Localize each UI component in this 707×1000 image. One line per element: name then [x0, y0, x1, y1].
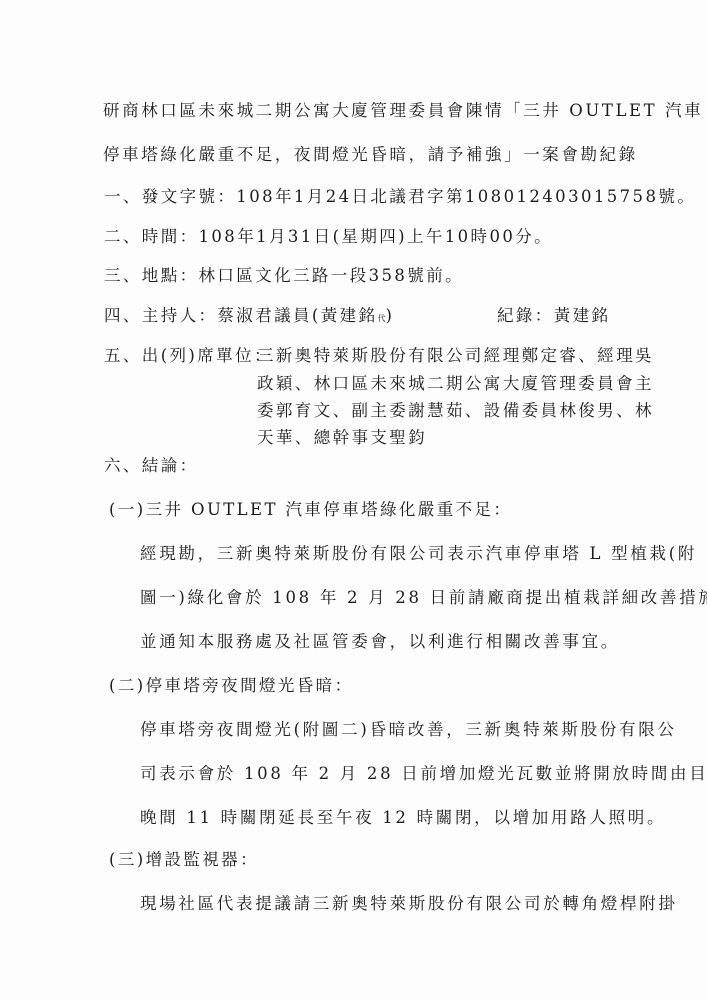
- meeting-time: 二、時間：108年1月31日(星期四)上午10時00分。: [104, 226, 553, 248]
- conclusion-label: 六、結論：: [104, 455, 199, 477]
- host-text: 四、主持人：蔡淑君議員(黃建銘: [104, 306, 377, 325]
- conclusion-2-heading: (二)停車塔旁夜間燈光昏暗：: [109, 675, 353, 697]
- attendees-line-4: 天華、總幹事支聖鈞: [257, 427, 427, 449]
- conclusion-3-heading: (三)增設監視器：: [109, 849, 259, 871]
- attendees-line-2: 政穎、林口區未來城二期公寓大廈管理委員會主: [257, 373, 654, 395]
- attendees-line-3: 委郭育文、副主委謝慧茹、設備委員林俊男、林: [257, 400, 654, 422]
- meeting-host: 四、主持人：蔡淑君議員(黃建銘代): [104, 305, 394, 330]
- attendees-line-1: 三新奧特萊斯股份有限公司經理鄭定睿、經理吳: [257, 345, 654, 367]
- conclusion-2-line-1: 停車塔旁夜間燈光(附圖二)昏暗改善，三新奧特萊斯股份有限公: [140, 719, 677, 741]
- conclusion-1-line-1: 經現勘，三新奧特萊斯股份有限公司表示汽車停車塔 L 型植栽(附: [140, 543, 697, 565]
- document-title-line-1: 研商林口區未來城二期公寓大廈管理委員會陳情「三井 OUTLET 汽車: [103, 100, 703, 122]
- conclusion-1-line-2: 圖一)綠化會於 108 年 2 月 28 日前請廠商提出植栽詳細改善措施: [140, 587, 707, 609]
- document-title-line-2: 停車塔綠化嚴重不足，夜間燈光昏暗，請予補強」一案會勘紀錄: [103, 144, 638, 166]
- host-close-paren: ): [385, 306, 394, 325]
- attendees-label: 五、出(列)席單位：: [104, 345, 273, 367]
- meeting-location: 三、地點：林口區文化三路一段358號前。: [104, 265, 464, 287]
- conclusion-1-heading: (一)三井 OUTLET 汽車停車塔綠化嚴重不足：: [109, 499, 512, 521]
- conclusion-1-line-3: 並通知本服務處及社區管委會，以利進行相關改善事宜。: [140, 631, 620, 653]
- conclusion-2-line-2: 司表示會於 108 年 2 月 28 日前增加燈光瓦數並將開放時間由目前: [140, 763, 707, 785]
- conclusion-3-line-1: 現場社區代表提議請三新奧特萊斯股份有限公司於轉角燈桿附掛: [140, 893, 678, 915]
- dispatch-number: 一、發文字號：108年1月24日北議君字第108012403015758號。: [104, 186, 696, 208]
- conclusion-2-line-3: 晚間 11 時關閉延長至午夜 12 時關閉，以增加用路人照明。: [140, 807, 666, 829]
- meeting-recorder: 紀錄：黃建銘: [497, 305, 610, 327]
